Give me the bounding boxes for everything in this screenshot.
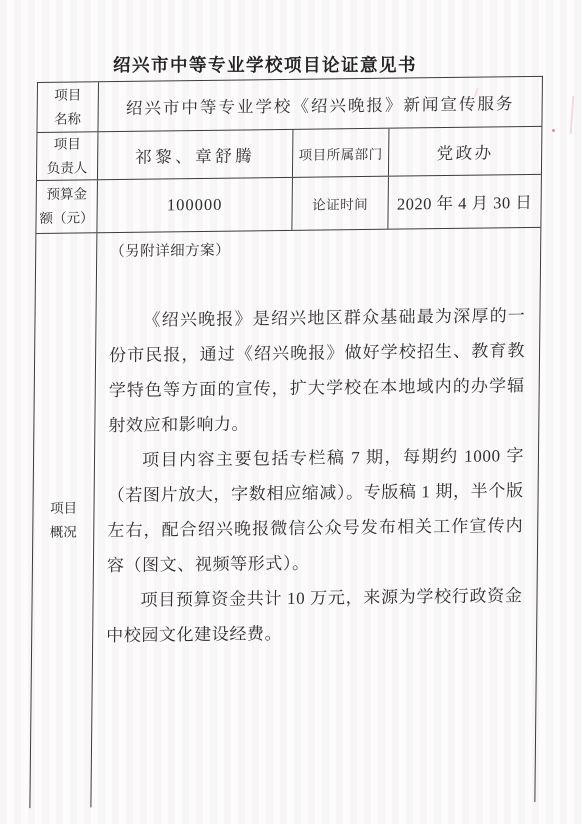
budget-value: 100000 — [96, 178, 292, 232]
table-row-project-leader: 项目 负责人 祁黎、章舒腾 项目所属部门 党政办 — [37, 126, 541, 180]
department-label: 项目所属部门 — [292, 129, 388, 177]
project-leader-label: 项目 负责人 — [37, 132, 97, 180]
scan-speck — [570, 96, 575, 134]
department-value: 党政办 — [388, 127, 541, 176]
project-review-form-table: 项目 名称 绍兴市中等专业学校《绍兴晚报》新闻宣传服务 项目 负责人 祁黎、章舒… — [29, 76, 543, 808]
overview-note: （另附详细方案） — [110, 235, 526, 261]
table-row-overview: 项目 概况 （另附详细方案） 《绍兴晚报》是绍兴地区群众基础最为深厚的一份市民报… — [30, 227, 540, 808]
table-row-project-name: 项目 名称 绍兴市中等专业学校《绍兴晚报》新闻宣传服务 — [37, 77, 541, 132]
overview-paragraph: 项目内容主要包括专栏稿 7 期，每期约 1000 字（若图片放大，字数相应缩减）… — [107, 438, 524, 583]
document-title: 绍兴市中等专业学校项目论证意见书 — [0, 52, 530, 77]
budget-label: 预算金 额（元） — [36, 180, 97, 233]
overview-paragraphs: 《绍兴晚报》是绍兴地区群众基础最为深厚的一份市民报，通过《绍兴晚报》做好学校招生… — [106, 298, 526, 653]
scan-speck — [552, 129, 555, 132]
overview-label: 项目 概况 — [30, 233, 96, 808]
project-leader-value: 祁黎、章舒腾 — [97, 130, 292, 179]
overview-content: （另附详细方案） 《绍兴晚报》是绍兴地区群众基础最为深厚的一份市民报，通过《绍兴… — [90, 228, 540, 808]
project-name-value: 绍兴市中等专业学校《绍兴晚报》新闻宣传服务 — [97, 77, 541, 131]
table-row-budget: 预算金 额（元） 100000 论证时间 2020 年 4 月 30 日 — [36, 174, 541, 233]
overview-paragraph: 项目预算资金共计 10 万元，来源为学校行政资金中校园文化建设经费。 — [106, 578, 523, 653]
review-time-label: 论证时间 — [291, 177, 388, 230]
overview-paragraph: 《绍兴晚报》是绍兴地区群众基础最为深厚的一份市民报，通过《绍兴晚报》做好学校招生… — [108, 298, 525, 443]
review-time-value: 2020 年 4 月 30 日 — [387, 175, 541, 229]
project-name-label: 项目 名称 — [37, 82, 98, 132]
